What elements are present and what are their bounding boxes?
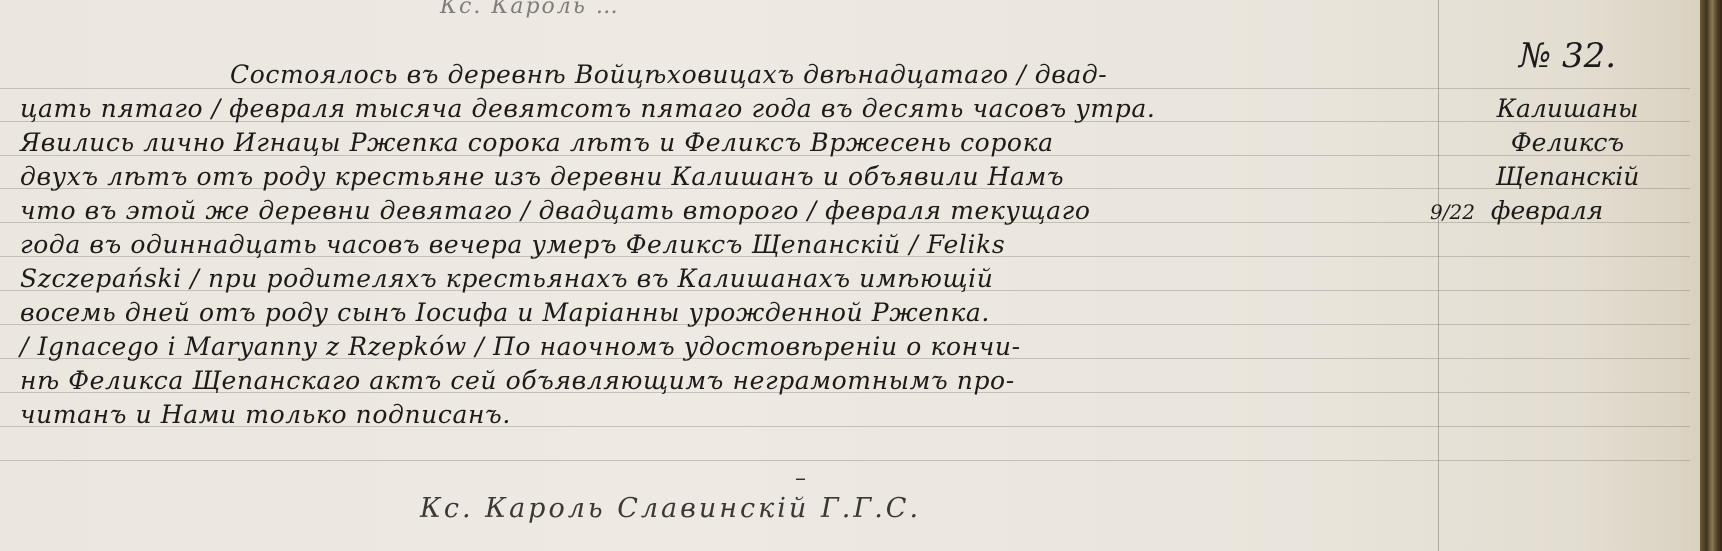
margin-village: Калишаны (1440, 94, 1695, 123)
record-line-9: / Ignacego i Maryanny z Rzepków / По нао… (20, 332, 1021, 361)
register-page: Кс. Кароль … Состоялось въ деревнѣ Войцѣ… (0, 0, 1722, 551)
record-line-11: читанъ и Нами только подписанъ. (20, 400, 511, 429)
record-number: № 32. (1440, 36, 1695, 76)
record-line-4: двухъ лѣтъ отъ роду крестьяне изъ деревн… (20, 162, 1064, 191)
margin-date: 9/22 февраля (1430, 196, 1685, 225)
margin-first-name: Феликсъ (1440, 128, 1695, 157)
record-line-5: что въ этой же деревни девятаго / двадца… (20, 196, 1091, 225)
margin-month: февраля (1491, 196, 1603, 225)
record-line-3: Явились лично Игнацы Ржепка сорока лѣтъ … (20, 128, 1054, 157)
book-binding-edge (1700, 0, 1722, 551)
margin-rule (1438, 0, 1439, 551)
closing-dash: – (795, 466, 806, 491)
record-line-10: нѣ Феликса Щепанскаго актъ сей объявляющ… (20, 366, 1015, 395)
record-line-2: цать пятаго / февраля тысяча девятсотъ п… (20, 94, 1155, 123)
ruled-line (0, 460, 1690, 461)
priest-signature: Кс. Кароль Славинскій Г.Г.С. (420, 493, 921, 524)
record-line-1: Состоялось въ деревнѣ Войцѣховицахъ двѣн… (230, 60, 1107, 89)
previous-entry-signature-fragment: Кс. Кароль … (440, 0, 620, 19)
margin-surname: Щепанскій (1440, 162, 1695, 191)
record-line-8: восемь дней отъ роду сынъ Іосифа и Маріа… (20, 298, 990, 327)
margin-date-fraction: 9/22 (1430, 200, 1475, 224)
record-line-6: года въ одиннадцать часовъ вечера умеръ … (20, 230, 1005, 259)
record-line-7: Szczepański / при родителяхъ крестьянахъ… (20, 264, 993, 293)
